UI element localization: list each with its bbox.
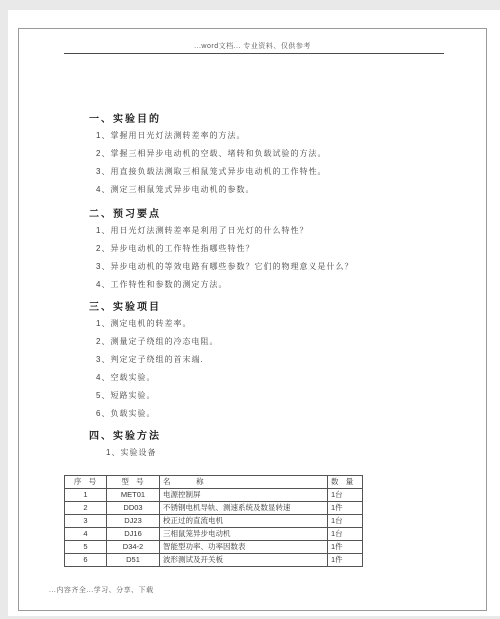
table-cell: DD03 <box>107 502 160 515</box>
section-title: 三、实验项目 <box>89 298 161 313</box>
section-item: 5、短路实验。 <box>96 390 155 401</box>
table-cell: 电源控制屏 <box>160 489 328 502</box>
table-cell: 三相鼠笼异步电动机 <box>160 528 328 541</box>
table-row: 3DJ23校正过的直流电机1台 <box>65 515 363 528</box>
section-item: 4、空载实验。 <box>96 372 155 383</box>
header-watermark: ...word文档... 专业资料、仅供参考 <box>194 43 311 50</box>
section-item: 3、判定定子绕组的首末端. <box>96 354 204 365</box>
section-item: 6、负载实验。 <box>96 408 155 419</box>
header-rule <box>64 53 444 54</box>
table-cell: 1件 <box>328 554 363 567</box>
table-cell: DJ23 <box>107 515 160 528</box>
table-row: 5D34-2智能型功率、功率因数表1件 <box>65 541 363 554</box>
section-item: 2、掌握三相异步电动机的空载、堵转和负载试验的方法。 <box>96 148 326 159</box>
table-header-row: 序 号型 号名 称数 量 <box>65 476 363 489</box>
table-row: 4DJ16三相鼠笼异步电动机1台 <box>65 528 363 541</box>
section-title: 二、预习要点 <box>89 205 161 220</box>
footer-watermark: ...内容齐全...学习、分享、下载 <box>49 587 154 594</box>
table-header-cell: 数 量 <box>328 476 363 489</box>
table-cell: 校正过的直流电机 <box>160 515 328 528</box>
table-cell: 1件 <box>328 541 363 554</box>
equipment-table: 序 号型 号名 称数 量1MET01电源控制屏1台2DD03不锈钢电机导轨、测速… <box>64 475 363 567</box>
section-item: 1、实验设备 <box>106 447 156 458</box>
section-item: 2、异步电动机的工作特性指哪些特性？ <box>96 243 254 254</box>
page-header: ...word文档... 专业资料、仅供参考 <box>19 41 486 51</box>
table-cell: 1台 <box>328 515 363 528</box>
section-item: 4、工作特性和参数的测定方法。 <box>96 279 227 290</box>
table-header-cell: 名 称 <box>160 476 328 489</box>
table-cell: 5 <box>65 541 107 554</box>
section-title: 一、实验目的 <box>89 110 161 125</box>
table-cell: 智能型功率、功率因数表 <box>160 541 328 554</box>
table-cell: 1台 <box>328 528 363 541</box>
section-item: 3、用直接负载法测取三相鼠笼式异步电动机的工作特性。 <box>96 166 326 177</box>
table-cell: 波形测试及开关板 <box>160 554 328 567</box>
table-cell: 1台 <box>328 489 363 502</box>
section-item: 2、测量定子绕组的冷态电阻。 <box>96 336 218 347</box>
section-item: 1、用日光灯法测转差率是利用了日光灯的什么特性？ <box>96 225 308 236</box>
table-cell: D51 <box>107 554 160 567</box>
page-sheet: ...word文档... 专业资料、仅供参考 一、实验目的1、掌握用日光灯法测转… <box>8 10 500 616</box>
table-row: 2DD03不锈钢电机导轨、测速系统及数显转速1件 <box>65 502 363 515</box>
table-header-cell: 序 号 <box>65 476 107 489</box>
table-header-cell: 型 号 <box>107 476 160 489</box>
table-cell: 1件 <box>328 502 363 515</box>
table-row: 1MET01电源控制屏1台 <box>65 489 363 502</box>
table-cell: 不锈钢电机导轨、测速系统及数显转速 <box>160 502 328 515</box>
section-item: 1、掌握用日光灯法测转差率的方法。 <box>96 130 245 141</box>
table-cell: MET01 <box>107 489 160 502</box>
page-border: ...word文档... 专业资料、仅供参考 一、实验目的1、掌握用日光灯法测转… <box>18 28 487 611</box>
table-row: 6D51波形测试及开关板1件 <box>65 554 363 567</box>
table-cell: 2 <box>65 502 107 515</box>
page-footer: ...内容齐全...学习、分享、下载 <box>49 585 154 595</box>
section-item: 1、测定电机的转差率。 <box>96 318 191 329</box>
table-cell: 1 <box>65 489 107 502</box>
table-cell: D34-2 <box>107 541 160 554</box>
section-title: 四、实验方法 <box>89 427 161 442</box>
table-cell: 3 <box>65 515 107 528</box>
table-cell: DJ16 <box>107 528 160 541</box>
section-item: 3、异步电动机的等效电路有哪些参数？它们的物理意义是什么？ <box>96 261 353 272</box>
table-cell: 4 <box>65 528 107 541</box>
section-item: 4、测定三相鼠笼式异步电动机的参数。 <box>96 184 254 195</box>
table-cell: 6 <box>65 554 107 567</box>
